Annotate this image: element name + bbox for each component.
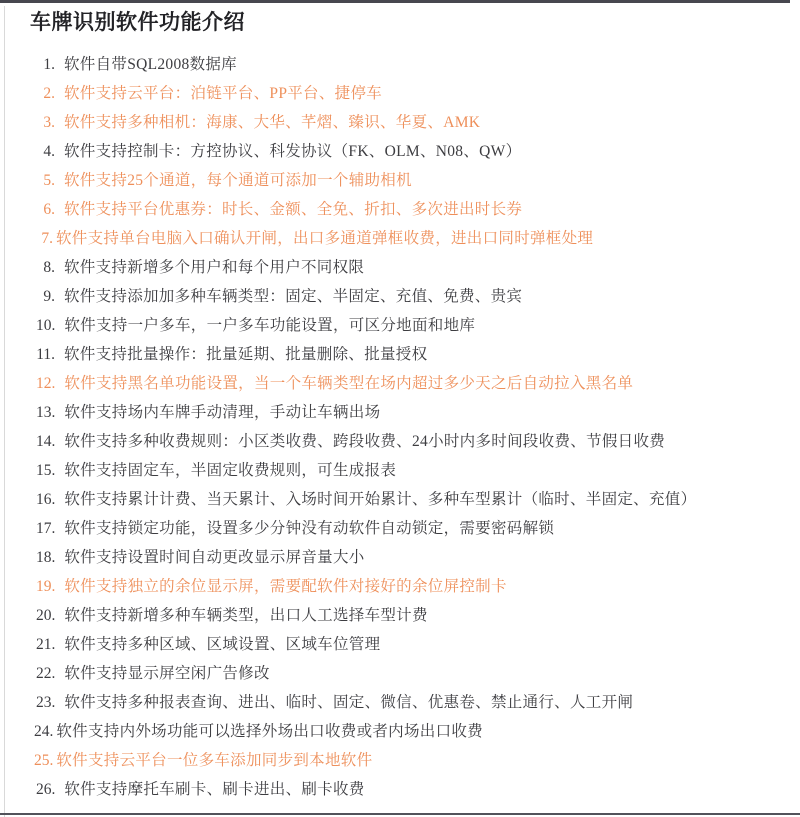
list-item: 22.软件支持显示屏空闲广告修改 — [0, 659, 800, 688]
list-item: 13.软件支持场内车牌手动清理，手动让车辆出场 — [0, 398, 800, 427]
item-number: 5. — [36, 166, 55, 195]
item-number: 1. — [36, 50, 55, 79]
item-number: 13. — [36, 398, 55, 427]
item-text: 软件支持多种报表查询、进出、临时、固定、微信、优惠卷、禁止通行、人工开闸 — [64, 688, 633, 717]
item-text: 软件支持平台优惠券：时长、金额、全免、折扣、多次进出时长券 — [64, 195, 522, 224]
list-item: 3.软件支持多种相机：海康、大华、芊熠、臻识、华夏、AMK — [0, 108, 800, 137]
list-item: 1.软件自带SQL2008数据库 — [0, 50, 800, 79]
list-item: 26.软件支持摩托车刷卡、刷卡进出、刷卡收费 — [0, 775, 800, 804]
list-item: 4.软件支持控制卡：方控协议、科发协议（FK、OLM、N08、QW） — [0, 137, 800, 166]
item-number: 9. — [36, 282, 55, 311]
item-text: 软件支持云平台：泊链平台、PP平台、捷停车 — [64, 79, 382, 108]
item-text: 软件自带SQL2008数据库 — [64, 50, 237, 79]
item-number: 10. — [36, 311, 55, 340]
item-text: 软件支持摩托车刷卡、刷卡进出、刷卡收费 — [64, 775, 364, 804]
list-item: 17.软件支持锁定功能，设置多少分钟没有动软件自动锁定，需要密码解锁 — [0, 514, 800, 543]
item-number: 11. — [36, 340, 55, 369]
list-item: 19.软件支持独立的余位显示屏，需要配软件对接好的余位屏控制卡 — [0, 572, 800, 601]
list-item: 21.软件支持多种区域、区域设置、区域车位管理 — [0, 630, 800, 659]
item-text: 软件支持一户多车，一户多车功能设置，可区分地面和地库 — [64, 311, 475, 340]
item-number: 2. — [36, 79, 55, 108]
item-text: 软件支持新增多个用户和每个用户不同权限 — [64, 253, 364, 282]
item-number: 3. — [36, 108, 55, 137]
item-number: 8. — [36, 253, 55, 282]
list-item: 25.软件支持云平台一位多车添加同步到本地软件 — [0, 746, 800, 775]
feature-list: 1.软件自带SQL2008数据库2.软件支持云平台：泊链平台、PP平台、捷停车3… — [0, 50, 800, 804]
list-item: 15.软件支持固定车，半固定收费规则，可生成报表 — [0, 456, 800, 485]
item-number: 24. — [34, 717, 53, 746]
list-item: 20.软件支持新增多种车辆类型，出口人工选择车型计费 — [0, 601, 800, 630]
list-item: 8.软件支持新增多个用户和每个用户不同权限 — [0, 253, 800, 282]
item-number: 12. — [36, 369, 55, 398]
item-text: 软件支持多种区域、区域设置、区域车位管理 — [64, 630, 380, 659]
item-text: 软件支持独立的余位显示屏，需要配软件对接好的余位屏控制卡 — [64, 572, 506, 601]
item-number: 18. — [36, 543, 55, 572]
item-text: 软件支持多种相机：海康、大华、芊熠、臻识、华夏、AMK — [64, 108, 480, 137]
item-number: 4. — [36, 137, 55, 166]
item-number: 22. — [36, 659, 55, 688]
item-number: 20. — [36, 601, 55, 630]
item-number: 19. — [36, 572, 55, 601]
list-item: 23.软件支持多种报表查询、进出、临时、固定、微信、优惠卷、禁止通行、人工开闸 — [0, 688, 800, 717]
item-text: 软件支持黑名单功能设置，当一个车辆类型在场内超过多少天之后自动拉入黑名单 — [64, 369, 633, 398]
list-item: 10.软件支持一户多车，一户多车功能设置，可区分地面和地库 — [0, 311, 800, 340]
list-item: 7.软件支持单台电脑入口确认开闸，出口多通道弹框收费，进出口同时弹框处理 — [0, 224, 800, 253]
item-number: 17. — [36, 514, 55, 543]
list-item: 2.软件支持云平台：泊链平台、PP平台、捷停车 — [0, 79, 800, 108]
item-number: 21. — [36, 630, 55, 659]
item-text: 软件支持锁定功能，设置多少分钟没有动软件自动锁定，需要密码解锁 — [64, 514, 554, 543]
item-text: 软件支持多种收费规则：小区类收费、跨段收费、24小时内多时间段收费、节假日收费 — [64, 427, 665, 456]
list-item: 6.软件支持平台优惠券：时长、金额、全免、折扣、多次进出时长券 — [0, 195, 800, 224]
item-number: 26. — [36, 775, 55, 804]
list-item: 24.软件支持内外场功能可以选择外场出口收费或者内场出口收费 — [0, 717, 800, 746]
item-text: 软件支持显示屏空闲广告修改 — [64, 659, 269, 688]
item-text: 软件支持内外场功能可以选择外场出口收费或者内场出口收费 — [56, 717, 483, 746]
item-number: 7. — [34, 224, 53, 253]
item-text: 软件支持场内车牌手动清理，手动让车辆出场 — [64, 398, 380, 427]
item-text: 软件支持固定车，半固定收费规则，可生成报表 — [64, 456, 396, 485]
item-number: 25. — [34, 746, 53, 775]
list-item: 12.软件支持黑名单功能设置，当一个车辆类型在场内超过多少天之后自动拉入黑名单 — [0, 369, 800, 398]
item-number: 6. — [36, 195, 55, 224]
item-number: 14. — [36, 427, 55, 456]
item-text: 软件支持新增多种车辆类型，出口人工选择车型计费 — [64, 601, 427, 630]
item-text: 软件支持批量操作：批量延期、批量删除、批量授权 — [64, 340, 427, 369]
item-text: 软件支持控制卡：方控协议、科发协议（FK、OLM、N08、QW） — [64, 137, 521, 166]
list-item: 14.软件支持多种收费规则：小区类收费、跨段收费、24小时内多时间段收费、节假日… — [0, 427, 800, 456]
bottom-divider — [0, 813, 800, 815]
item-number: 16. — [36, 485, 55, 514]
item-text: 软件支持单台电脑入口确认开闸，出口多通道弹框收费，进出口同时弹框处理 — [56, 224, 593, 253]
item-text: 软件支持设置时间自动更改显示屏音量大小 — [64, 543, 364, 572]
list-item: 5.软件支持25个通道，每个通道可添加一个辅助相机 — [0, 166, 800, 195]
list-item: 16.软件支持累计计费、当天累计、入场时间开始累计、多种车型累计（临时、半固定、… — [0, 485, 800, 514]
list-item: 11.软件支持批量操作：批量延期、批量删除、批量授权 — [0, 340, 800, 369]
item-number: 23. — [36, 688, 55, 717]
page-title: 车牌识别软件功能介绍 — [30, 11, 800, 35]
item-text: 软件支持累计计费、当天累计、入场时间开始累计、多种车型累计（临时、半固定、充值） — [64, 485, 696, 514]
item-number: 15. — [36, 456, 55, 485]
item-text: 软件支持添加加多种车辆类型：固定、半固定、充值、免费、贵宾 — [64, 282, 522, 311]
list-item: 18.软件支持设置时间自动更改显示屏音量大小 — [0, 543, 800, 572]
document-page: 车牌识别软件功能介绍 1.软件自带SQL2008数据库2.软件支持云平台：泊链平… — [0, 0, 800, 804]
item-text: 软件支持云平台一位多车添加同步到本地软件 — [56, 746, 372, 775]
item-text: 软件支持25个通道，每个通道可添加一个辅助相机 — [64, 166, 412, 195]
list-item: 9.软件支持添加加多种车辆类型：固定、半固定、充值、免费、贵宾 — [0, 282, 800, 311]
